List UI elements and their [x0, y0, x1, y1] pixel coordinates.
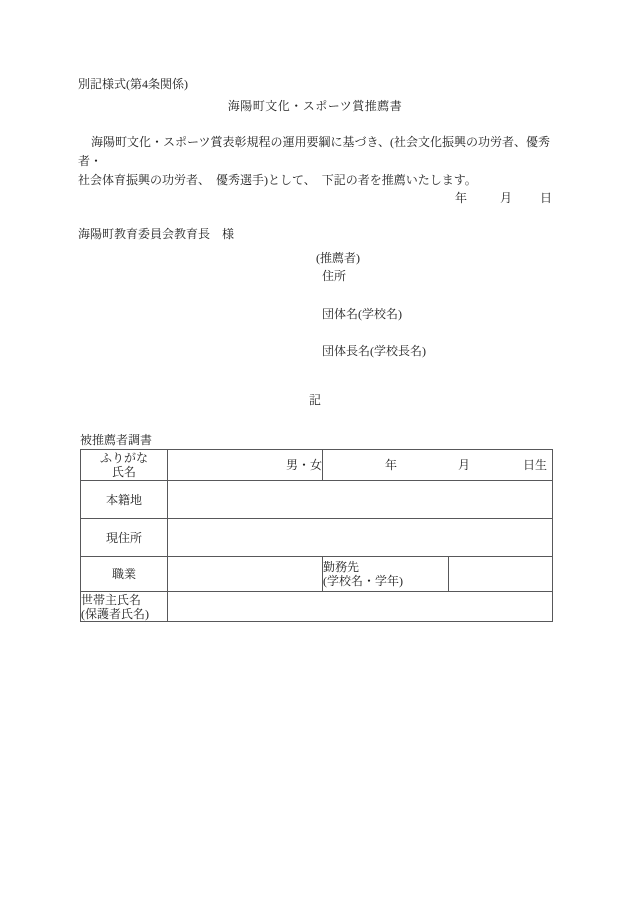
- furigana-label: ふりがな: [81, 451, 167, 465]
- current-address-value-cell: [168, 519, 553, 557]
- registered-domicile-label-cell: 本籍地: [81, 481, 168, 519]
- workplace-label-line1: 勤務先: [323, 560, 448, 574]
- addressee-line: 海陽町教育委員会教育長 様: [78, 227, 234, 241]
- householder-label-cell: 世帯主氏名 (保護者氏名): [81, 592, 168, 622]
- registered-domicile-value-cell: [168, 481, 553, 519]
- document-title: 海陽町文化・スポーツ賞推薦書: [0, 99, 630, 113]
- birth-day-label: 日生: [523, 458, 547, 472]
- birth-month-label: 月: [458, 458, 470, 472]
- survey-table-caption: 被推薦者調書: [80, 433, 152, 447]
- recommender-group-leader-label: 団体長名(学校長名): [322, 344, 426, 358]
- householder-label-line1: 世帯主氏名: [81, 593, 167, 607]
- table-row-householder: 世帯主氏名 (保護者氏名): [81, 592, 553, 622]
- householder-value-cell: [168, 592, 553, 622]
- name-gender-cell: 男・女: [168, 450, 323, 481]
- body-paragraph-line2: 社会体育振興の功労者、 優秀選手)として、 下記の者を推薦いたします。: [78, 171, 556, 190]
- table-row-name: ふりがな 氏名 男・女 年 月 日生: [81, 450, 553, 481]
- occupation-label-cell: 職業: [81, 557, 168, 592]
- date-day-label: 日: [540, 191, 552, 205]
- householder-label-line2: (保護者氏名): [81, 607, 167, 621]
- name-label: 氏名: [81, 465, 167, 479]
- recommender-heading: (推薦者): [316, 251, 360, 265]
- table-row-registered-domicile: 本籍地: [81, 481, 553, 519]
- recommendation-form-page: 別記様式(第4条関係) 海陽町文化・スポーツ賞推薦書 海陽町文化・スポーツ賞表彰…: [0, 0, 630, 903]
- date-month-label: 月: [500, 191, 512, 205]
- workplace-label-line2: (学校名・学年): [323, 574, 448, 588]
- date-year-label: 年: [455, 191, 467, 205]
- birth-date-cell: 年 月 日生: [323, 450, 553, 481]
- recommender-group-name-label: 団体名(学校名): [322, 307, 402, 321]
- birth-year-label: 年: [385, 458, 397, 472]
- birth-date-labels: 年 月 日生: [323, 458, 552, 472]
- body-paragraph: 海陽町文化・スポーツ賞表彰規程の運用要綱に基づき、(社会文化振興の功労者、優秀者…: [78, 133, 556, 190]
- current-address-label-cell: 現住所: [81, 519, 168, 557]
- record-marker: 記: [0, 393, 630, 407]
- gender-options-label: 男・女: [286, 458, 322, 472]
- workplace-value-cell: [449, 557, 553, 592]
- table-row-occupation: 職業 勤務先 (学校名・学年): [81, 557, 553, 592]
- furigana-name-label-cell: ふりがな 氏名: [81, 450, 168, 481]
- body-paragraph-line1: 海陽町文化・スポーツ賞表彰規程の運用要綱に基づき、(社会文化振興の功労者、優秀者…: [78, 133, 556, 171]
- date-line: 年 月 日: [0, 191, 552, 205]
- recommender-address-label: 住所: [322, 269, 346, 283]
- form-style-note: 別記様式(第4条関係): [78, 77, 188, 91]
- nominee-survey-table: ふりがな 氏名 男・女 年 月 日生 本籍地 現住所 職業: [80, 449, 553, 622]
- occupation-value-cell: [168, 557, 323, 592]
- table-row-current-address: 現住所: [81, 519, 553, 557]
- workplace-label-cell: 勤務先 (学校名・学年): [323, 557, 449, 592]
